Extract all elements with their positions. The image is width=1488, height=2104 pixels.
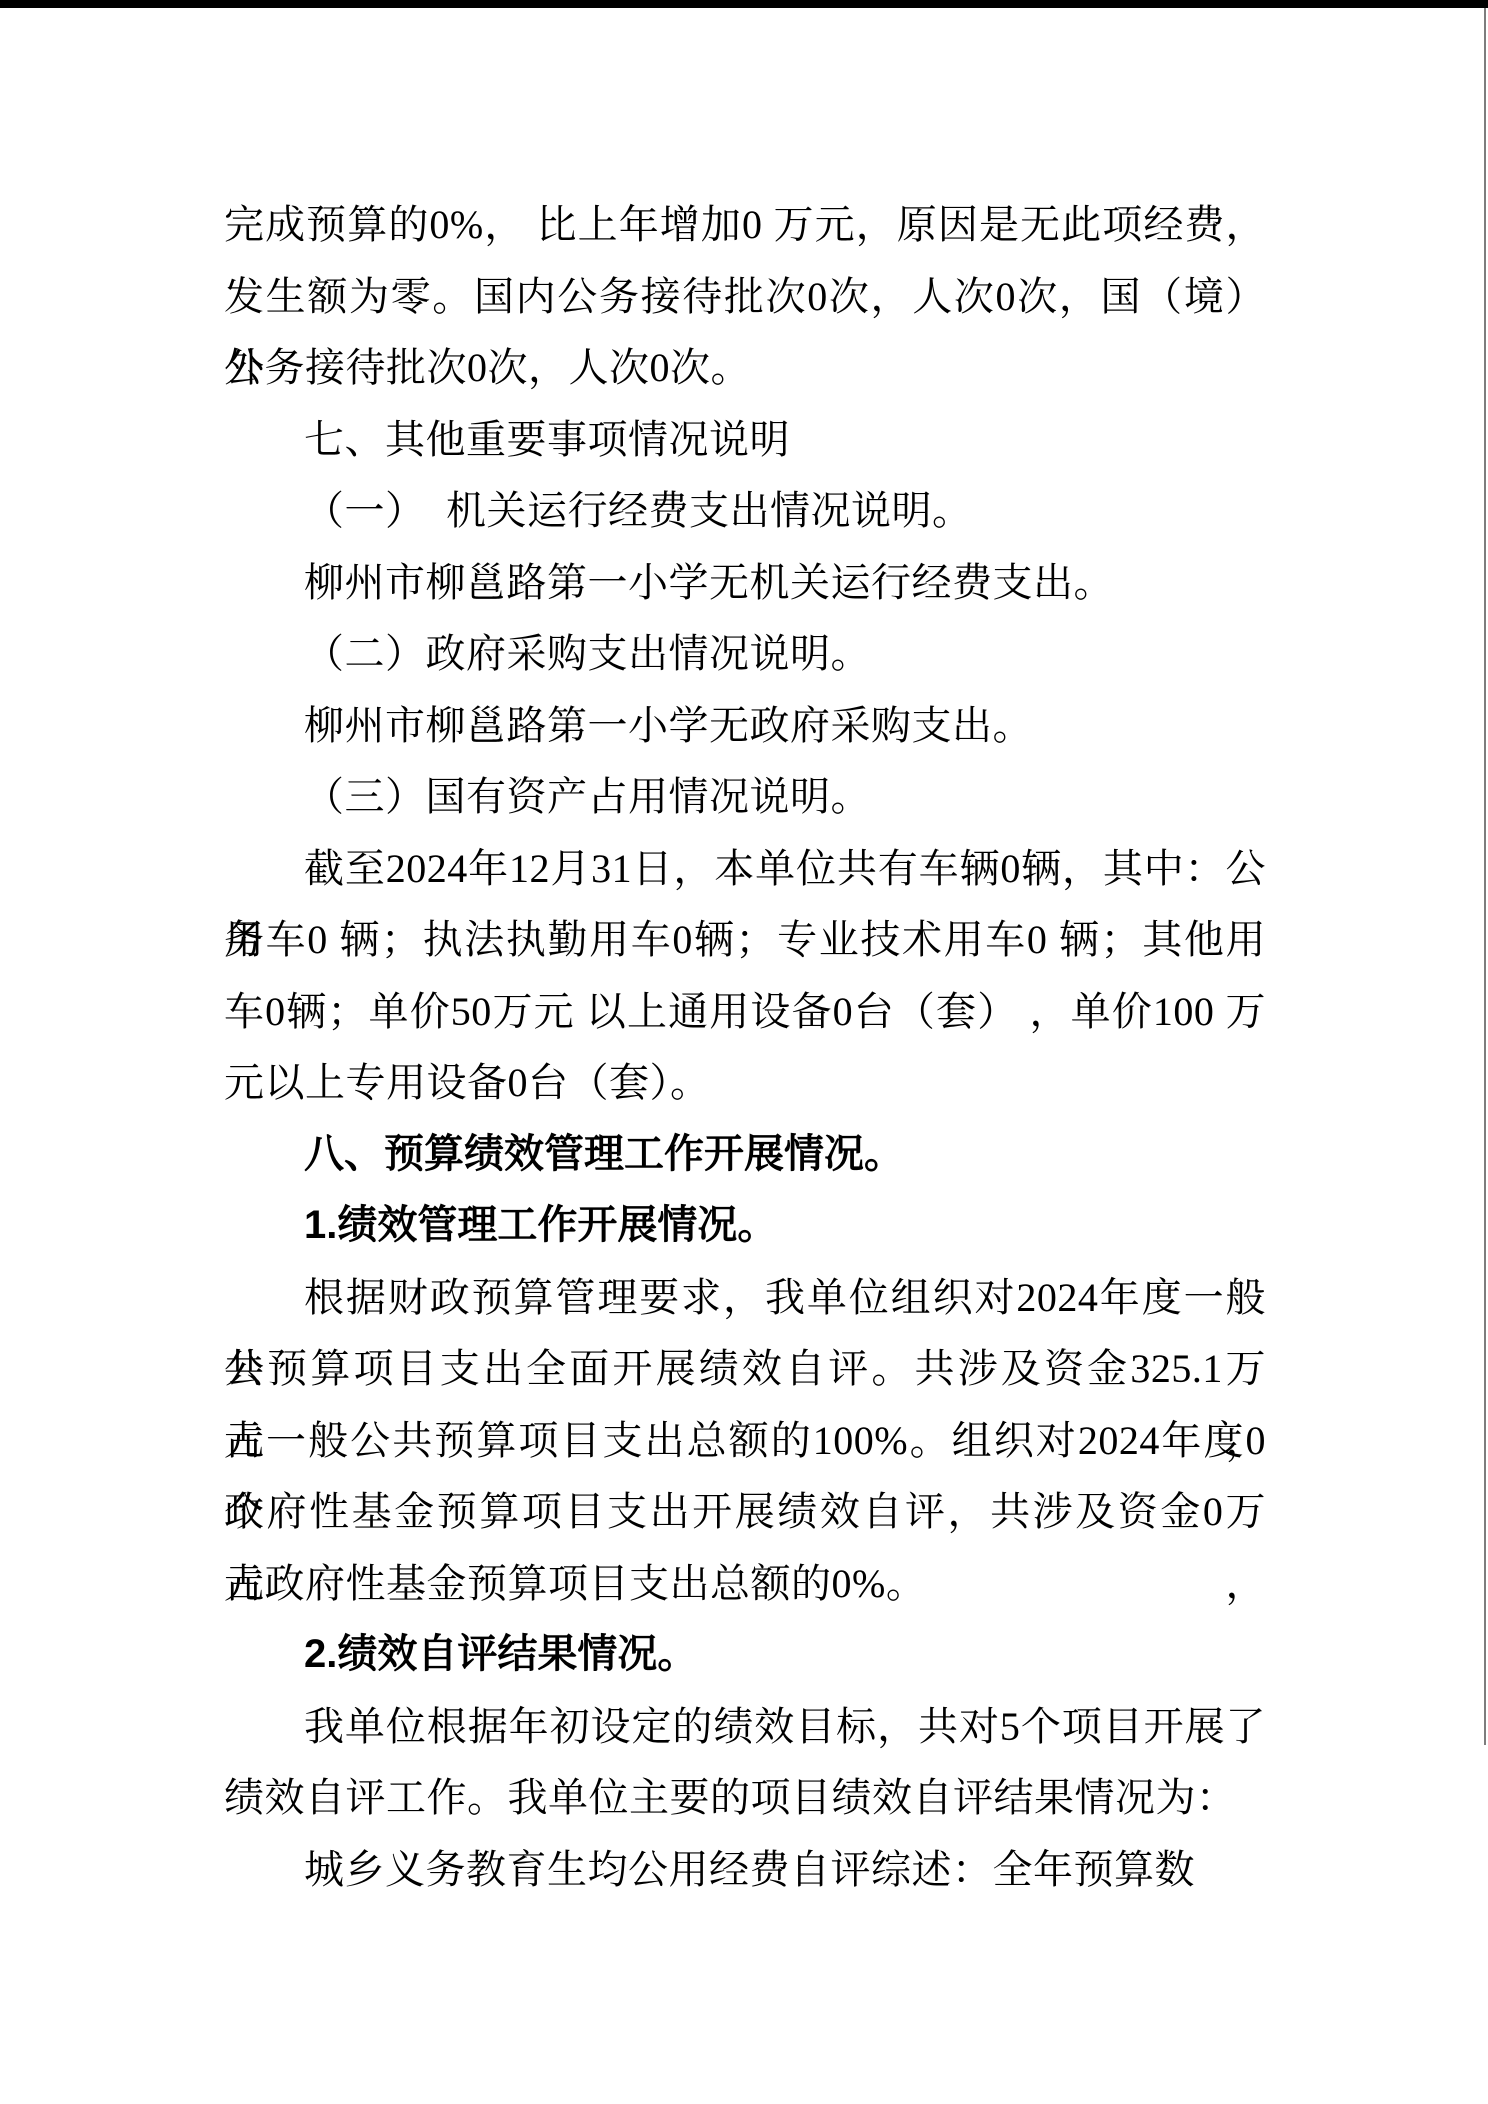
text-line: 我单位根据年初设定的绩效目标，共对5个项目开展了 <box>224 1691 1266 1763</box>
page-right-scan-border <box>1484 8 1486 1745</box>
text-line: 绩效自评工作。我单位主要的项目绩效自评结果情况为： <box>224 1762 1266 1834</box>
text-line: （三）国有资产占用情况说明。 <box>224 761 1266 833</box>
text-line: （一） 机关运行经费支出情况说明。 <box>224 475 1266 547</box>
text-line: 柳州市柳邕路第一小学无政府采购支出。 <box>224 690 1266 762</box>
page-top-scan-border <box>0 0 1488 8</box>
text-line: 车0辆；单价50万元 以上通用设备0台（套） ，单价100 万 <box>224 976 1266 1048</box>
document-page: 完成预算的0%， 比上年增加0 万元，原因是无此项经费，发生额为零。国内公务接待… <box>0 0 1488 2104</box>
text-line: 截至2024年12月31日，本单位共有车辆0辆，其中：公务 <box>224 833 1266 905</box>
text-line: 城乡义务教育生均公用经费自评综述：全年预算数 <box>224 1834 1266 1906</box>
text-line: 发生额为零。国内公务接待批次0次，人次0次，国（境）外 <box>224 261 1266 333</box>
text-line: 共预算项目支出全面开展绩效自评。共涉及资金325.1万元， <box>224 1333 1266 1405</box>
text-line: 占一般公共预算项目支出总额的100%。组织对2024年度0个 <box>224 1405 1266 1477</box>
text-line: 元以上专用设备0台（套）。 <box>224 1047 1266 1119</box>
document-text-block: 完成预算的0%， 比上年增加0 万元，原因是无此项经费，发生额为零。国内公务接待… <box>224 189 1266 1905</box>
text-line: 用车0 辆；执法执勤用车0辆；专业技术用车0 辆；其他用 <box>224 904 1266 976</box>
text-line: 1.绩效管理工作开展情况。 <box>224 1190 1266 1262</box>
text-line: 八、预算绩效管理工作开展情况。 <box>224 1119 1266 1191</box>
text-line: 政府性基金预算项目支出开展绩效自评，共涉及资金0万元， <box>224 1476 1266 1548</box>
text-line: 公务接待批次0次，人次0次。 <box>224 332 1266 404</box>
text-line: 2.绩效自评结果情况。 <box>224 1619 1266 1691</box>
text-line: 根据财政预算管理要求，我单位组织对2024年度一般公 <box>224 1262 1266 1334</box>
text-line: 七、其他重要事项情况说明 <box>224 404 1266 476</box>
text-line: （二）政府采购支出情况说明。 <box>224 618 1266 690</box>
text-line: 柳州市柳邕路第一小学无机关运行经费支出。 <box>224 547 1266 619</box>
text-line: 完成预算的0%， 比上年增加0 万元，原因是无此项经费， <box>224 189 1266 261</box>
